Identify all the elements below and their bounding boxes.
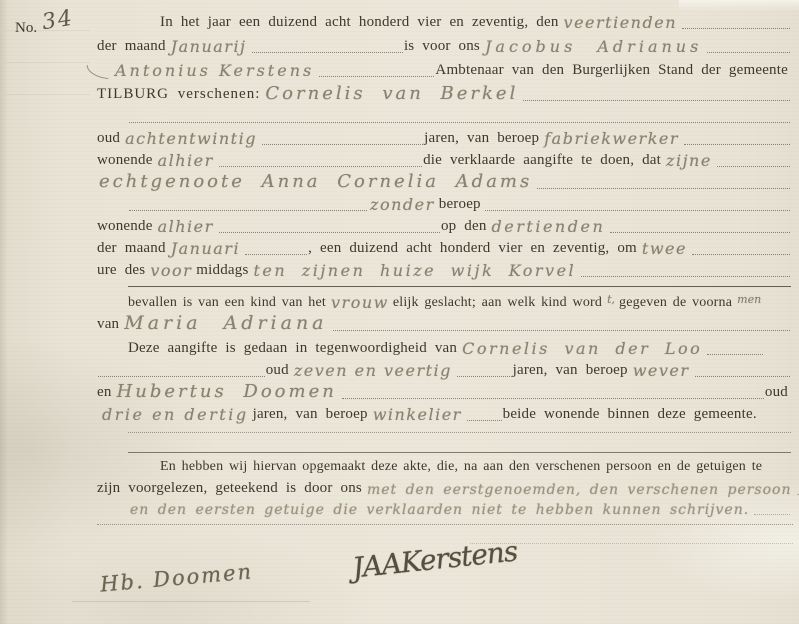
printed-text: middags xyxy=(196,263,251,281)
handwritten-witness1-name: Cornelis van der Loo xyxy=(460,341,706,359)
dotted-divider xyxy=(97,524,793,525)
printed-text: ure des xyxy=(97,263,148,281)
printed-text: beide wonende binnen deze gemeente. xyxy=(503,407,760,425)
printed-text: zijn voorgelezen, geteekend is door ons xyxy=(97,481,365,499)
form-line-age-profession: oud achtentwintig jaren, van beroep fabr… xyxy=(97,128,791,149)
fill-line xyxy=(252,52,403,53)
fill-line xyxy=(333,330,790,331)
handwritten-mother-name: echtgenoote Anna Cornelia Adams xyxy=(97,173,536,193)
handwritten-residence: alhier xyxy=(156,153,218,171)
form-line-child-name: van Maria Adriana xyxy=(97,314,791,335)
dotted-divider xyxy=(470,543,793,544)
form-line-witness2-age: drie en dertig jaren, van beroep winkeli… xyxy=(100,404,791,425)
handwritten-witness1-age: zeven en veertig xyxy=(292,363,456,381)
handwritten-witness1-profession: wever xyxy=(631,363,694,381)
printed-text: die verklaarde aangifte te doen, dat xyxy=(423,153,664,171)
fill-line xyxy=(581,276,790,277)
printed-text: In het jaar een duizend acht honderd vie… xyxy=(160,15,562,33)
handwritten-day: veertienden xyxy=(562,15,681,33)
fill-line xyxy=(342,398,764,399)
handwritten-birth-day: dertienden xyxy=(490,219,610,237)
fill-line xyxy=(717,166,790,167)
handwritten-closing-note: en den eersten getuige die verklaarden n… xyxy=(128,503,753,519)
printed-text: elijk geslacht; aan welk kind word xyxy=(393,296,605,313)
printed-text: oud xyxy=(266,363,292,381)
handwritten-hour: twee xyxy=(640,241,691,259)
printed-text: bevallen is van een kind van het xyxy=(128,296,329,313)
fill-line xyxy=(707,354,762,355)
form-line-declarant: TILBURG verschenen: Cornelis van Berkel xyxy=(97,84,791,105)
handwritten-text: zonder xyxy=(368,197,439,215)
fill-line xyxy=(245,254,307,255)
handwritten-declarant-name: Cornelis van Berkel xyxy=(263,85,522,105)
form-line-birth-place: ure des voor middags ten zijnen huize wi… xyxy=(97,260,791,281)
form-line-month-official: der maand Januarij is voor ons Jacobus A… xyxy=(97,36,791,57)
signature-witness: Hb. Doomen xyxy=(99,559,254,596)
form-line-official-surname: Antonius Kerstens Ambtenaar van den Burg… xyxy=(86,60,791,81)
handwritten-am-pm: voor xyxy=(148,263,196,281)
act-number-value: 34 xyxy=(40,6,76,36)
fill-line xyxy=(682,28,790,29)
fill-line xyxy=(319,76,434,77)
handwritten-official-surname: Antonius Kerstens xyxy=(113,63,318,81)
handwritten-birth-place: ten zijnen huize wijk Korvel xyxy=(252,263,581,281)
handwritten-child-name: Maria Adriana xyxy=(122,314,331,335)
printed-text: jaren, van beroep xyxy=(513,363,631,381)
birth-certificate-scan: No. 34 In het jaar een duizend acht hond… xyxy=(0,0,799,624)
form-line-birth-day: wonende alhier op den dertienden xyxy=(97,216,791,237)
printed-text: van xyxy=(97,317,122,335)
handwritten-birth-month: Januari xyxy=(169,241,244,259)
dotted-divider xyxy=(128,432,791,433)
fill-line xyxy=(692,254,790,255)
signature-underline xyxy=(72,601,310,602)
printed-text: oud xyxy=(765,385,791,403)
fill-line xyxy=(537,188,790,189)
handwritten-witness2-name: Hubertus Doomen xyxy=(115,383,341,403)
form-line-witness1: Deze aangifte is gedaan in tegenwoordigh… xyxy=(128,338,791,359)
handwritten-text: zijne xyxy=(664,153,716,171)
section-divider-rule xyxy=(128,452,791,453)
printed-text: oud xyxy=(97,131,123,149)
section-divider-rule xyxy=(128,286,791,287)
handwritten-profession: fabriekwerker xyxy=(542,131,683,149)
act-number-label: No. xyxy=(15,20,37,37)
fill-line xyxy=(523,100,790,101)
fill-line xyxy=(98,376,265,377)
printed-text: op den xyxy=(441,219,490,237)
form-line-witness2: en Hubertus Doomen oud xyxy=(97,382,791,403)
handwritten-witness2-profession: winkelier xyxy=(371,407,466,425)
printed-text: gegeven de voorna xyxy=(619,296,735,313)
form-line-mother-profession: zonder beroep xyxy=(128,194,791,215)
handwritten-residence: alhier xyxy=(156,219,218,237)
margin-rule xyxy=(6,62,90,63)
form-line-closing2: zijn voorgelezen, geteekend is door ons … xyxy=(97,478,791,499)
fill-line xyxy=(219,166,422,167)
printed-text: beroep xyxy=(439,197,484,215)
fill-line xyxy=(129,122,790,123)
fill-line xyxy=(684,144,790,145)
printed-text: wonende xyxy=(97,219,156,237)
printed-text: Deze aangifte is gedaan in tegenwoordigh… xyxy=(128,341,460,359)
fill-line xyxy=(754,514,790,515)
form-line-mother: echtgenoote Anna Cornelia Adams xyxy=(97,172,791,193)
fill-line xyxy=(219,232,440,233)
form-line-child-sex: bevallen is van een kind van het vrouw e… xyxy=(128,292,791,313)
handwritten-mark: men xyxy=(735,294,765,313)
form-line-residence-declaration: wonende alhier die verklaarde aangifte t… xyxy=(97,150,791,171)
printed-text: TILBURG verschenen: xyxy=(97,87,263,105)
handwritten-age: achtentwintig xyxy=(123,131,261,149)
printed-text: , een duizend acht honderd vier en zeven… xyxy=(308,241,640,259)
handwritten-mark: t, xyxy=(605,294,619,313)
fill-line xyxy=(467,420,502,421)
pen-flourish-mark xyxy=(85,65,109,79)
fill-line xyxy=(707,52,790,53)
printed-text: wonende xyxy=(97,153,156,171)
fill-line xyxy=(695,376,790,377)
printed-text: der maand xyxy=(97,241,169,259)
scan-edge-artifact xyxy=(679,0,799,11)
form-line-birth-month-hour: der maand Januari , een duizend acht hon… xyxy=(97,238,791,259)
signature-registrar: JAAKerstens xyxy=(351,534,519,584)
form-line-blank xyxy=(128,106,791,127)
printed-text: Ambtenaar van den Burgerlijken Stand der… xyxy=(435,63,791,81)
fill-line xyxy=(262,144,423,145)
handwritten-closing-note: met den eerstgenoemden, den verschenen p… xyxy=(365,483,796,499)
printed-text: jaren, van beroep xyxy=(424,131,542,149)
form-line-closing1: En hebben wij hiervan opgemaakt deze akt… xyxy=(160,456,791,477)
handwritten-month: Januarij xyxy=(169,39,251,57)
printed-text: en xyxy=(97,385,115,403)
form-line-witness1-age: oud zeven en veertig jaren, van beroep w… xyxy=(97,360,791,381)
handwritten-sex: vrouw xyxy=(329,295,393,313)
printed-text: jaren, van beroep xyxy=(253,407,371,425)
fill-line xyxy=(457,376,512,377)
printed-text: is voor ons xyxy=(404,39,483,57)
form-line-closing3: en den eersten getuige die verklaarden n… xyxy=(128,498,791,519)
form-line-year: In het jaar een duizend acht honderd vie… xyxy=(160,12,791,33)
margin-rule xyxy=(6,94,90,95)
printed-text: der maand xyxy=(97,39,169,57)
handwritten-official-firstnames: Jacobus Adrianus xyxy=(483,39,706,57)
printed-text: En hebben wij hiervan opgemaakt deze akt… xyxy=(160,460,765,477)
handwritten-witness2-age: drie en dertig xyxy=(100,407,253,425)
fill-line xyxy=(610,232,790,233)
fill-line xyxy=(485,210,790,211)
fill-line xyxy=(129,210,367,211)
